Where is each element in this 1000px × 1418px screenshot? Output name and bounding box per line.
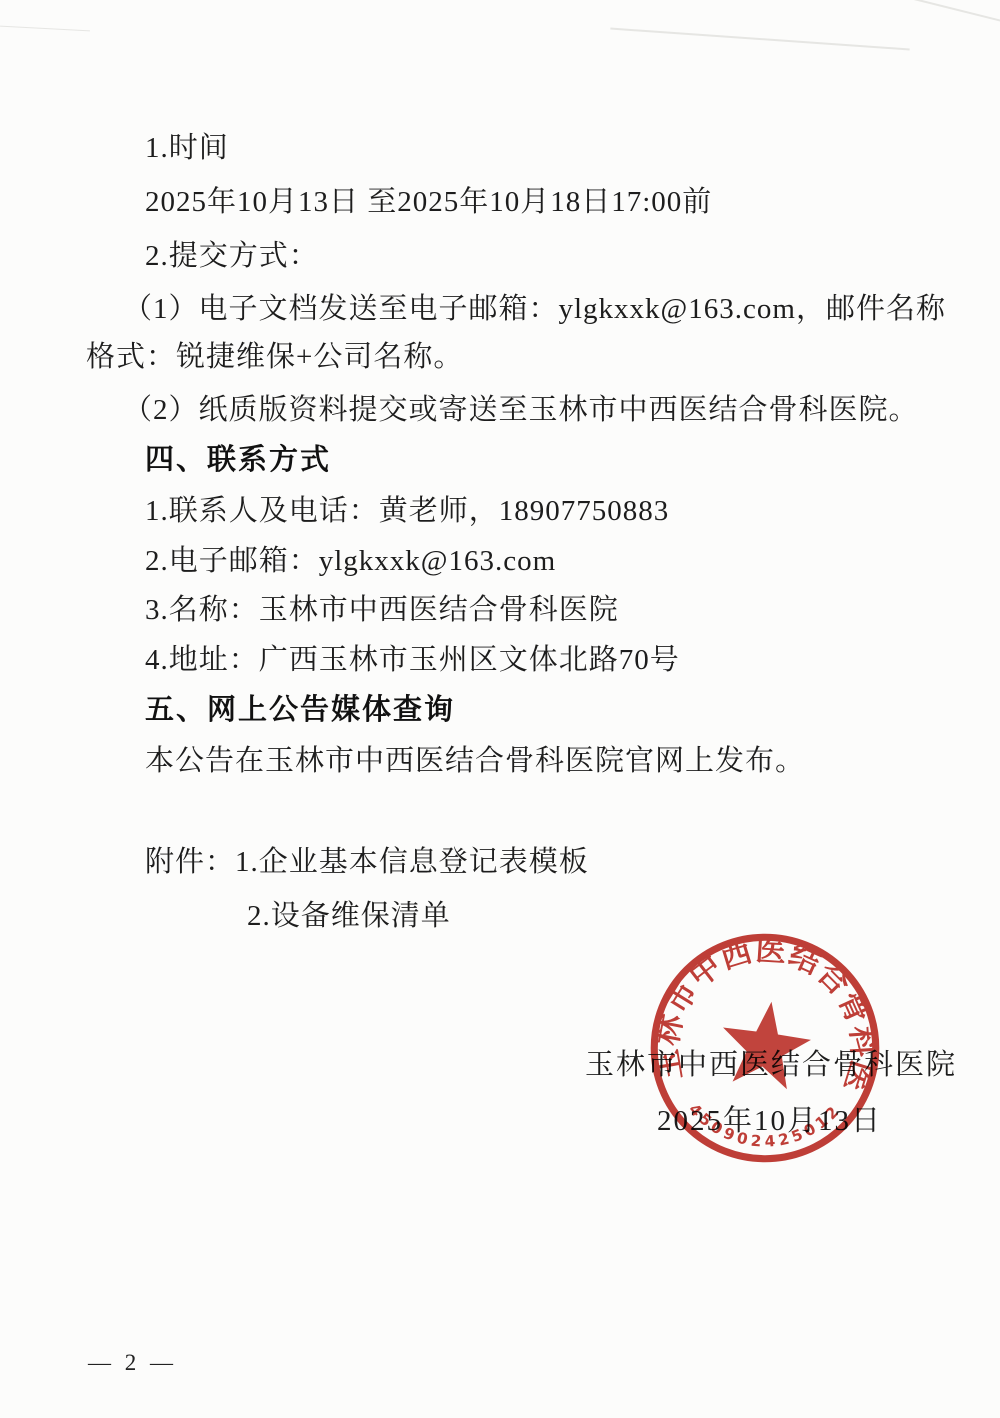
attachment-item1: 附件：1.企业基本信息登记表模板 [145,845,589,880]
attachment-item2: 2.设备维保清单 [247,899,451,934]
time-value: 2025年10月13日 至2025年10月18日17:00前 [145,185,712,220]
submit-subheading: 2.提交方式： [145,239,319,274]
contact-email-line: 2.电子邮箱：ylgkxxk@163.com [145,544,556,579]
submit-item1-line2: 格式：锐捷维保+公司名称。 [86,340,463,375]
document-page: 1.时间 2025年10月13日 至2025年10月18日17:00前 2.提交… [0,0,1000,1418]
submit-item1-line1: （1）电子文档发送至电子邮箱：ylgkxxk@163.com，邮件名称 [123,292,946,327]
submit-item2: （2）纸质版资料提交或寄送至玉林市中西医结合骨科医院。 [123,393,919,428]
time-subheading: 1.时间 [145,131,229,166]
contact-org-line: 3.名称：玉林市中西医结合骨科医院 [145,593,619,628]
signature-org: 玉林市中西医结合骨科医院 [585,1048,957,1083]
section4-title: 四、联系方式 [145,443,331,478]
signature-date: 2025年10月13日 [657,1104,882,1139]
section5-title: 五、网上公告媒体查询 [145,693,455,728]
contact-address-line: 4.地址：广西玉林市玉州区文体北路70号 [145,643,680,678]
scan-artifact-line [882,0,1000,36]
contact-person-line: 1.联系人及电话：黄老师，18907750883 [145,494,669,529]
scan-artifact-line [0,26,90,32]
section5-body: 本公告在玉林市中西医结合骨科医院官网上发布。 [145,744,805,779]
page-number: — 2 — [88,1350,177,1376]
scan-artifact-line [610,28,909,51]
